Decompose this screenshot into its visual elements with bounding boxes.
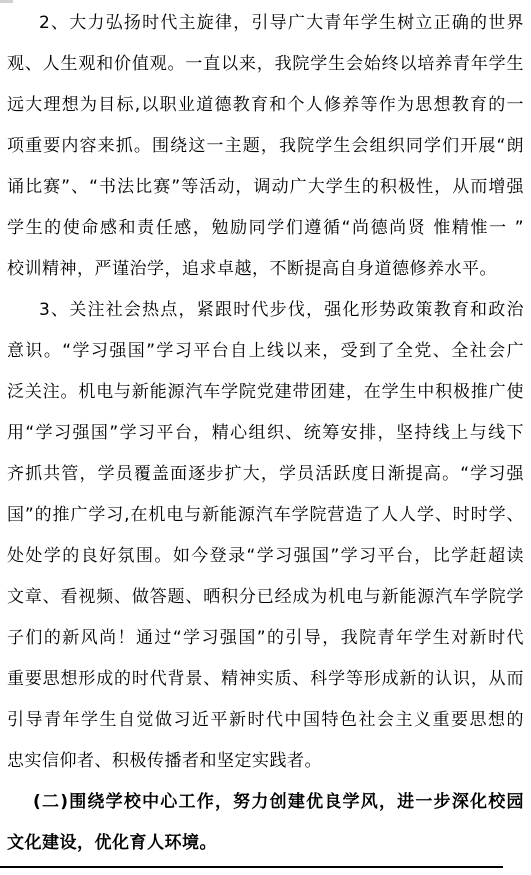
- text-line: (二)围绕学校中心工作，努力创建优良学风，进一步深化校园: [7, 782, 524, 823]
- paragraph-3: 3、关注社会热点，紧跟时代步伐，强化形势政策教育和政治意识。“学习强国”学习平台…: [7, 290, 524, 782]
- text-line: 处处学的良好氛围。如今登录“学习强国”学习平台，比学赶超读: [7, 536, 524, 577]
- text-line: 国”的推广学习,在机电与新能源汽车学院营造了人人学、时时学、: [7, 495, 524, 536]
- text-line: 引导青年学生自觉做习近平新时代中国特色社会主义重要思想的: [7, 700, 524, 741]
- text-line: 重要思想形成的时代背景、精神实质、科学等形成新的认识，从而: [7, 659, 524, 700]
- text-line: 子们的新风尚！通过“学习强国”的引导，我院青年学生对新时代: [7, 618, 524, 659]
- document-body: 2、大力弘扬时代主旋律，引导广大青年学生树立正确的世界观、人生观和价值观。一直以…: [7, 3, 524, 864]
- text-line: 文化建设，优化育人环境。: [7, 823, 524, 864]
- document-page: 2、大力弘扬时代主旋律，引导广大青年学生树立正确的世界观、人生观和价值观。一直以…: [0, 0, 531, 875]
- text-line: 泛关注。机电与新能源汽车学院党建带团建，在学生中积极推广使: [7, 372, 524, 413]
- text-line: 远大理想为目标,以职业道德教育和个人修养等作为思想教育的一: [7, 85, 524, 126]
- text-line: 诵比赛”、“书法比赛”等活动，调动广大学生的积极性，从而增强: [7, 167, 524, 208]
- text-line: 项重要内容来抓。围绕这一主题，我院学生会组织同学们开展“朗: [7, 126, 524, 167]
- bottom-rule: [0, 866, 503, 868]
- text-line: 意识。“学习强国”学习平台自上线以来，受到了全党、全社会广: [7, 331, 524, 372]
- text-line: 观、人生观和价值观。一直以来，我院学生会始终以培养青年学生: [7, 44, 524, 85]
- text-line: 用“学习强国”学习平台，精心组织、统筹安排，坚持线上与线下: [7, 413, 524, 454]
- text-line: 校训精神，严谨治学，追求卓越，不断提高自身道德修养水平。: [7, 249, 524, 290]
- paragraph-2: 2、大力弘扬时代主旋律，引导广大青年学生树立正确的世界观、人生观和价值观。一直以…: [7, 3, 524, 290]
- text-line: 2、大力弘扬时代主旋律，引导广大青年学生树立正确的世界: [7, 3, 524, 44]
- text-line: 文章、看视频、做答题、晒积分已经成为机电与新能源汽车学院学: [7, 577, 524, 618]
- text-line: 学生的使命感和责任感，勉励同学们遵循“尚德尚贤 惟精惟一 ”: [7, 208, 524, 249]
- heading-section-2: (二)围绕学校中心工作，努力创建优良学风，进一步深化校园文化建设，优化育人环境。: [7, 782, 524, 864]
- text-line: 3、关注社会热点，紧跟时代步伐，强化形势政策教育和政治: [7, 290, 524, 331]
- text-line: 忠实信仰者、积极传播者和坚定实践者。: [7, 741, 524, 782]
- text-line: 齐抓共管，学员覆盖面逐步扩大，学员活跃度日渐提高。“学习强: [7, 454, 524, 495]
